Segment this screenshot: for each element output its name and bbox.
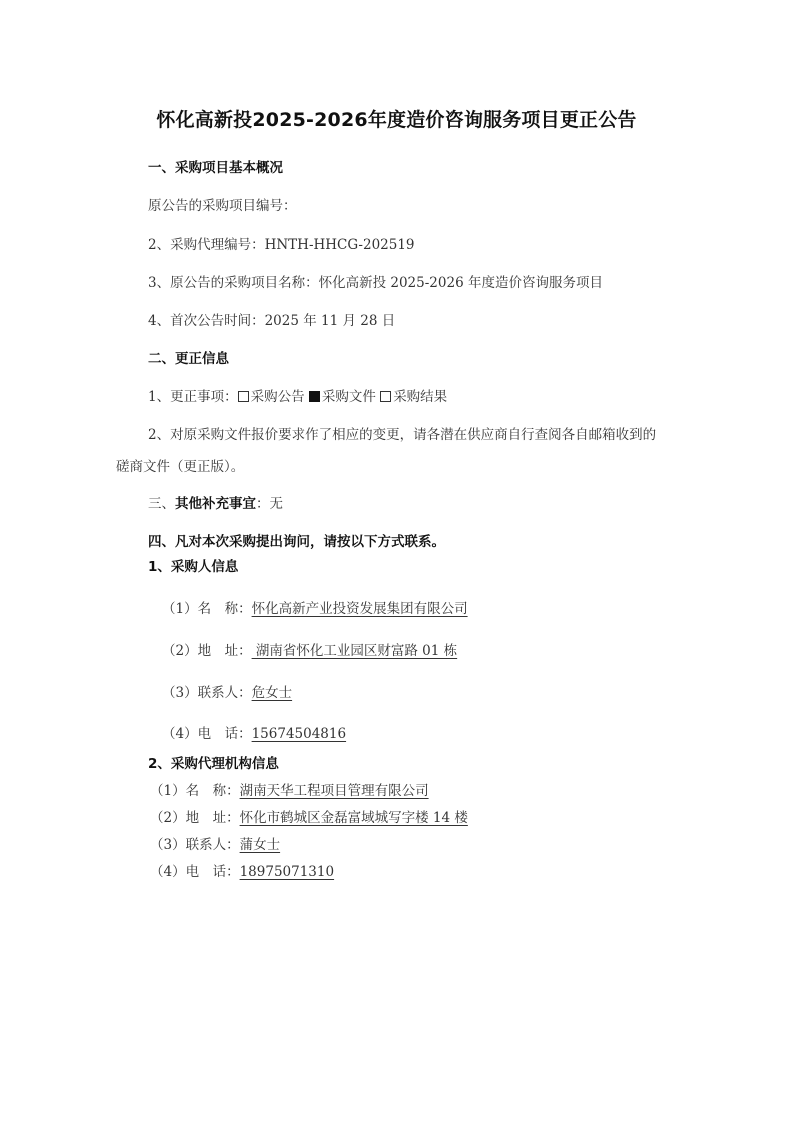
agency-phone-row: （4）电 话：18975071310 xyxy=(150,860,334,880)
purchaser-phone: 15674504816 xyxy=(252,726,346,742)
section3-value: ：无 xyxy=(256,496,283,512)
section3-prefix: 三、 xyxy=(148,496,175,512)
original-project-name: 3、原公告的采购项目名称：怀化高新投 2025-2026 年度造价咨询服务项目 xyxy=(148,271,603,291)
purchaser-address: 湖南省怀化工业园区财富路 01 栋 xyxy=(252,643,458,659)
option-label: 采购结果 xyxy=(393,389,447,405)
agency-address-label: （2）地 址： xyxy=(150,810,240,826)
agency-phone: 18975071310 xyxy=(240,864,334,880)
option-label: 采购公告 xyxy=(251,389,305,405)
section1-heading: 一、采购项目基本概况 xyxy=(148,156,283,176)
purchaser-phone-row: （4）电 话：15674504816 xyxy=(162,722,346,742)
checkbox-procurement-documents xyxy=(309,391,320,402)
agency-name-label: （1）名 称： xyxy=(150,783,240,799)
agency-contact: 蒲女士 xyxy=(240,837,281,853)
document-page: 怀化高新投2025-2026年度造价咨询服务项目更正公告 一、采购项目基本概况 … xyxy=(0,0,793,1122)
agency-heading: 2、采购代理机构信息 xyxy=(148,752,279,772)
purchaser-phone-label: （4）电 话： xyxy=(162,726,252,742)
section4-heading: 四、凡对本次采购提出询问，请按以下方式联系。 xyxy=(148,530,445,550)
correction-label: 1、更正事项： xyxy=(148,389,238,405)
correction-detail-line1: 2、对原采购文件报价要求作了相应的变更，请各潜在供应商自行查阅各自邮箱收到的 xyxy=(148,423,656,443)
purchaser-contact-row: （3）联系人：危女士 xyxy=(162,681,292,701)
purchaser-contact: 危女士 xyxy=(252,685,293,701)
correction-detail-line2: 磋商文件（更正版）。 xyxy=(116,455,244,475)
agency-address: 怀化市鹤城区金磊富域城写字楼 14 楼 xyxy=(240,810,468,826)
purchaser-name-label: （1）名 称： xyxy=(162,601,252,617)
agency-number: 2、采购代理编号：HNTH-HHCG-202519 xyxy=(148,233,415,253)
section2-heading: 二、更正信息 xyxy=(148,347,229,367)
first-announcement-date: 4、首次公告时间：2025 年 11 月 28 日 xyxy=(148,309,395,329)
purchaser-name: 怀化高新产业投资发展集团有限公司 xyxy=(252,601,468,617)
purchaser-name-row: （1）名 称：怀化高新产业投资发展集团有限公司 xyxy=(162,597,468,617)
checkbox-procurement-announcement xyxy=(238,391,249,402)
purchaser-contact-label: （3）联系人： xyxy=(162,685,252,701)
correction-items: 1、更正事项：采购公告 采购文件 采购结果 xyxy=(148,385,447,405)
purchaser-address-label: （2）地 址： xyxy=(162,643,252,659)
agency-contact-label: （3）联系人： xyxy=(150,837,240,853)
section3-heading: 其他补充事宜 xyxy=(175,496,256,512)
agency-phone-label: （4）电 话： xyxy=(150,864,240,880)
checkbox-procurement-results xyxy=(380,391,391,402)
original-project-number: 原公告的采购项目编号： xyxy=(148,194,297,214)
option-label: 采购文件 xyxy=(322,389,376,405)
agency-contact-row: （3）联系人：蒲女士 xyxy=(150,833,280,853)
agency-address-row: （2）地 址：怀化市鹤城区金磊富域城写字楼 14 楼 xyxy=(150,806,468,826)
agency-name: 湖南天华工程项目管理有限公司 xyxy=(240,783,429,799)
document-title: 怀化高新投2025-2026年度造价咨询服务项目更正公告 xyxy=(0,105,793,132)
purchaser-address-row: （2）地 址： 湖南省怀化工业园区财富路 01 栋 xyxy=(162,639,457,659)
agency-name-row: （1）名 称：湖南天华工程项目管理有限公司 xyxy=(150,779,429,799)
section3: 三、其他补充事宜：无 xyxy=(148,492,283,512)
purchaser-heading: 1、采购人信息 xyxy=(148,555,238,575)
